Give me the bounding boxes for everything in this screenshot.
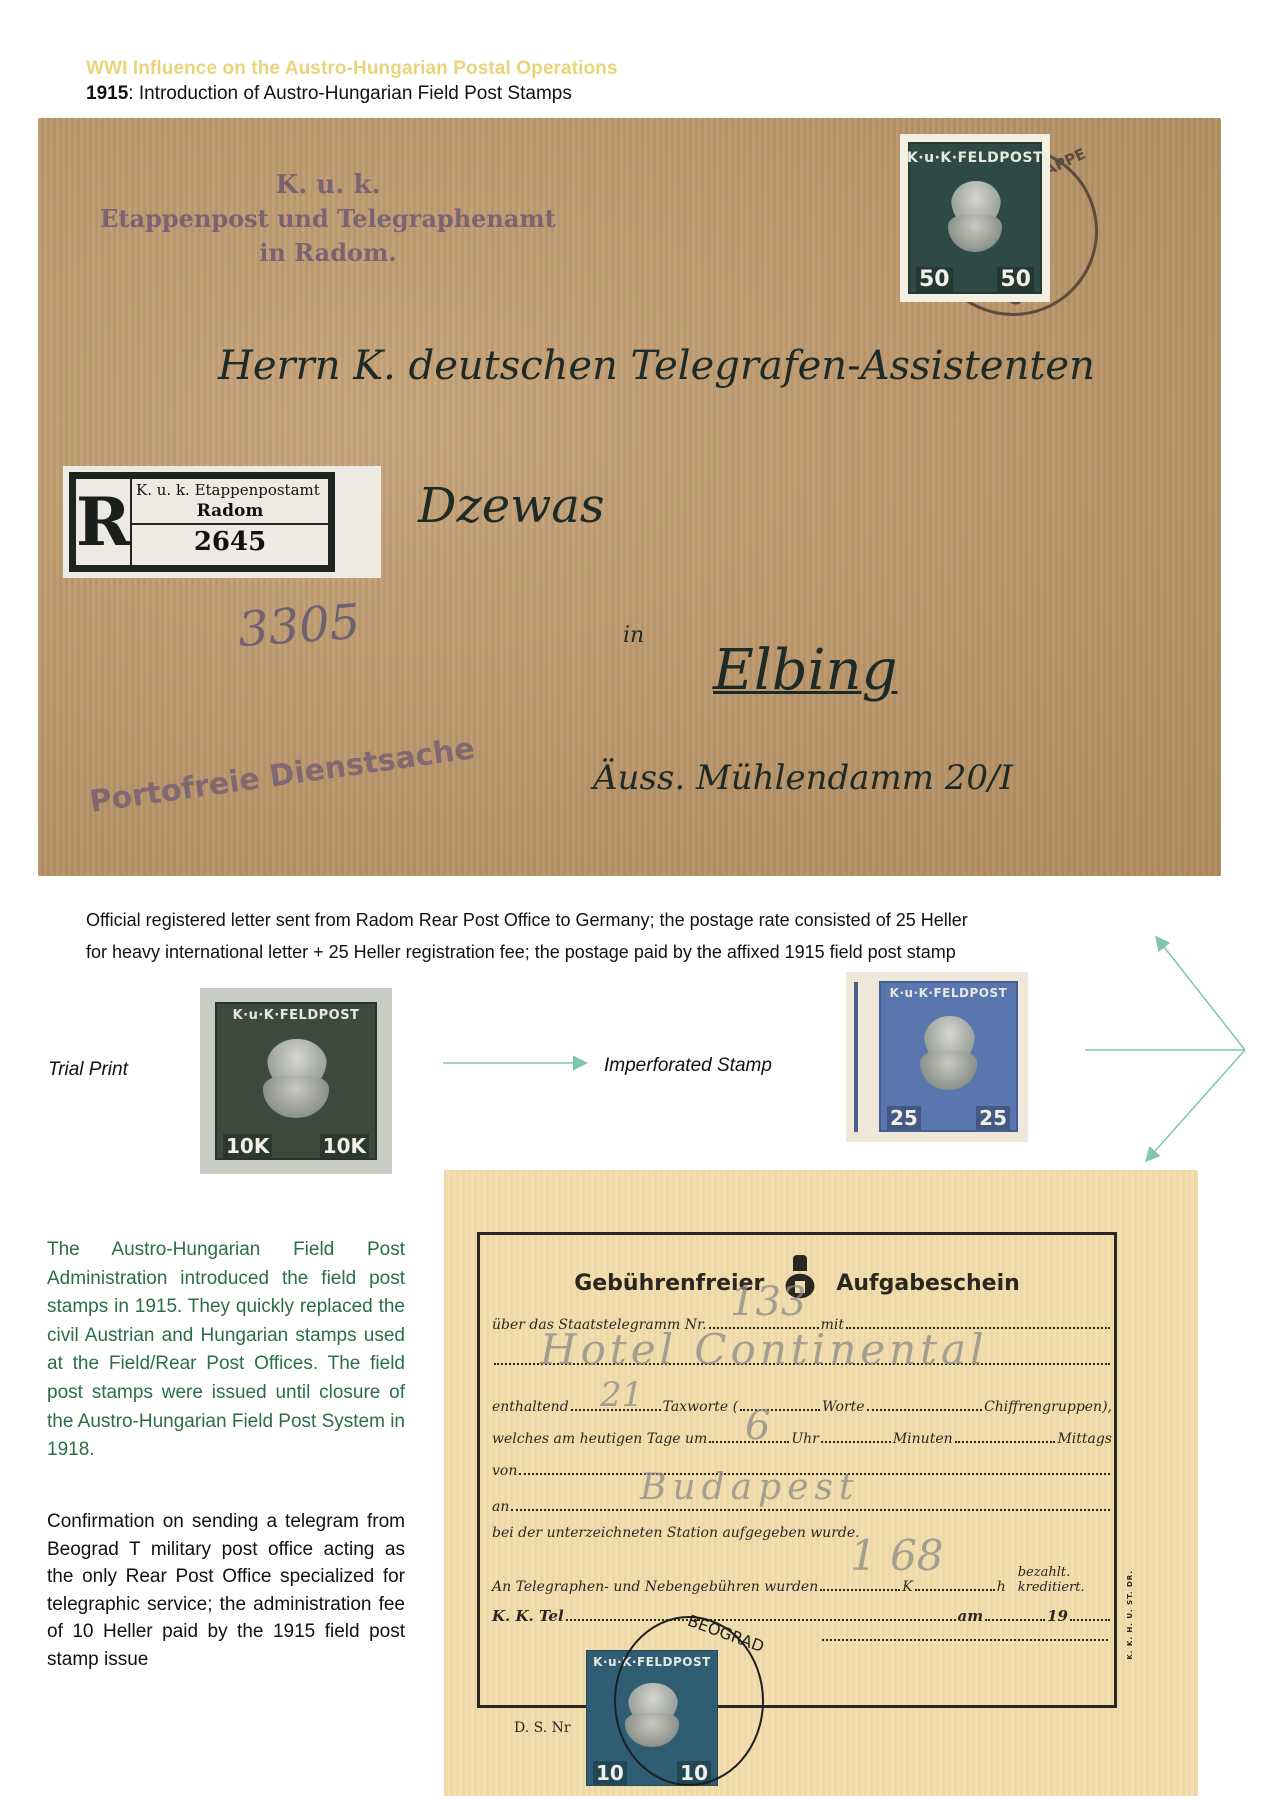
form-text: an [492,1499,509,1515]
pencil-fee: 1 68 [850,1531,944,1580]
handwritten-in: in [623,623,644,648]
pencil-hour: 6 [745,1403,770,1449]
registered-envelope-image: K. u. k. Etappenpost und Telegraphenamt … [38,118,1221,876]
pencil-tax-words: 21 [600,1375,643,1415]
sheet-margin-line [854,982,858,1132]
page-subtitle: 1915: Introduction of Austro-Hungarian F… [86,83,572,105]
form-dotted-line [511,1509,1110,1511]
subtitle-text: : Introduction of Austro-Hungarian Field… [128,83,572,104]
stamp-value: 10K [223,1134,272,1158]
form-row-fees: An Telegraphen- und Nebengebühren wurden… [492,1565,1112,1595]
pencil-recipient: Hotel Continental [540,1325,988,1374]
form-row-tax-words: enthaltend Taxworte ( Worte Chiffrengrup… [492,1399,1112,1415]
form-text: Chiffrengruppen), [984,1399,1112,1415]
form-text: Mittags [1057,1431,1112,1447]
stamp-header: K·u·K·FELDPOST [907,150,1043,166]
form-text: bei der unterzeichneten Station aufgegeb… [492,1525,860,1541]
beograd-postmark: BEOGRAD [614,1616,764,1786]
form-text: welches am heutigen Tage um [492,1431,707,1447]
form-text: von [492,1463,517,1479]
registration-number: 2645 [132,525,328,559]
form-dotted-line [566,1619,956,1621]
imperforated-stamp: K·u·K·FELDPOST 25 25 [846,972,1028,1142]
form-text: enthaltend [492,1399,569,1415]
envelope-caption: Official registered letter sent from Rad… [86,904,1186,968]
form-row-office: K. K. Tel am 19 [492,1607,1112,1625]
stamp-value: 50 [997,267,1034,292]
description-telegram-confirmation: Confirmation on sending a telegram from … [47,1508,405,1674]
form-dotted-line [820,1589,900,1591]
emperor-profile-icon [244,1027,348,1130]
stamp-value: 10 [593,1761,627,1785]
form-text: K. K. Tel [492,1607,564,1625]
registration-office: K. u. k. Etappenpostamt [132,479,328,501]
registration-letter: R [76,479,132,565]
form-text: Taxworte ( [663,1399,738,1415]
form-text: am [958,1607,984,1625]
field-post-stamp-50: K·u·K·FELDPOST 50 50 [900,134,1050,302]
form-row-time: welches am heutigen Tage um Uhr Minuten … [492,1431,1112,1447]
ds-number-label: D. S. Nr [514,1720,571,1736]
imperforated-stamp-label: Imperforated Stamp [604,1055,772,1077]
emperor-portrait-icon [904,1004,993,1102]
form-text: An Telegraphen- und Nebengebühren wurden [492,1579,818,1595]
form-dotted-line [821,1441,891,1443]
form-text: bezahlt. [1018,1565,1085,1580]
handwritten-addressee: Herrn K. deutschen Telegrafen-Assistente… [218,343,1095,389]
cachet-line: Etappenpost und Telegraphenamt [88,202,568,236]
stamp-value: 25 [887,1106,921,1130]
arrow-to-form [1147,1050,1245,1160]
cachet-line: in Radom. [88,236,568,270]
stamp-header: K·u·K·FELDPOST [890,986,1008,1000]
trial-print-stamp: K·u·K·FELDPOST 10K 10K [200,988,392,1174]
form-dotted-line [915,1589,995,1591]
form-dotted-line [1070,1619,1110,1621]
paid-credited-options: bezahlt. kreditiert. [1018,1565,1085,1595]
form-text: K [902,1579,912,1595]
form-text: kreditiert. [1018,1580,1085,1595]
subtitle-year: 1915 [86,83,128,104]
official-mail-stamp: Portofreie Dienstsache [87,731,476,820]
pencil-telegram-number: 133 [730,1279,806,1325]
page-title: WWI Influence on the Austro-Hungarian Po… [86,58,618,80]
form-text: Uhr [791,1431,819,1447]
description-field-post-intro: The Austro-Hungarian Field Post Administ… [47,1236,405,1465]
form-text: 19 [1047,1607,1068,1625]
stamp-value: 10K [320,1134,369,1158]
stamp-header: K·u·K·FELDPOST [233,1008,360,1023]
caption-line: Official registered letter sent from Rad… [86,904,1186,936]
handwritten-name: Dzewas [418,478,605,534]
registration-town: Radom [132,501,328,525]
trial-print-label: Trial Print [48,1059,128,1081]
form-heading-right: Aufgabeschein [836,1271,1019,1296]
caption-line: for heavy international letter + 25 Hell… [86,936,1186,968]
form-row-station: bei der unterzeichneten Station aufgegeb… [492,1525,1112,1541]
form-text: h [997,1579,1006,1595]
registration-label: R K. u. k. Etappenpostamt Radom 2645 [63,466,381,578]
printer-mark: K. K. H. U. ST. DR. [1126,1570,1134,1660]
emperor-portrait-icon [932,170,1018,263]
stamp-value: 50 [916,267,953,292]
pencil-destination: Budapest [640,1467,859,1508]
form-text: Minuten [893,1431,953,1447]
form-border: Gebührenfreier Aufgabeschein über das St… [477,1232,1117,1708]
form-dotted-line [822,1639,1108,1641]
form-dotted-line [955,1441,1056,1443]
form-row-signature [820,1639,1110,1645]
cachet-line: K. u. k. [88,168,568,202]
form-dotted-line [867,1409,982,1411]
handwritten-street: Äuss. Mühlendamm 20/I [593,758,1013,798]
stamp-value: 25 [976,1106,1010,1130]
form-dotted-line [985,1619,1045,1621]
form-text: Worte [822,1399,864,1415]
cachet-stamp: K. u. k. Etappenpost und Telegraphenamt … [88,168,568,270]
handwritten-city: Elbing [713,638,897,703]
pencil-number: 3305 [236,594,362,658]
telegram-receipt-form-image: Gebührenfreier Aufgabeschein über das St… [444,1170,1198,1796]
